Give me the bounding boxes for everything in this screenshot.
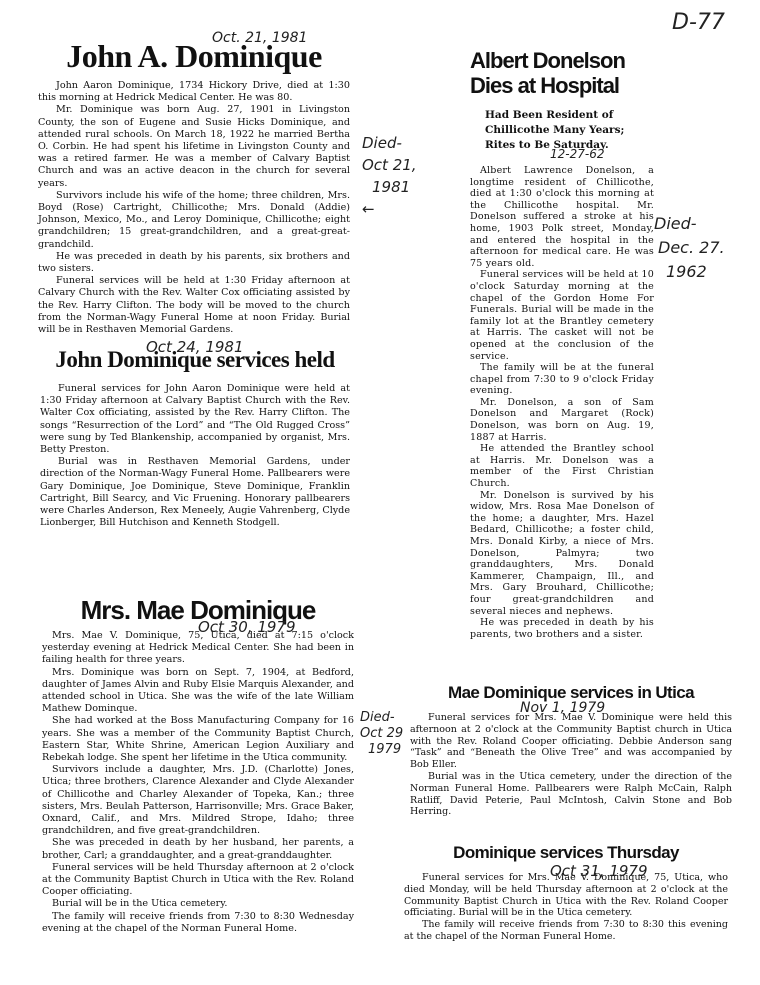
article-body: Mrs. Mae V. Dominique, 75, Utica, died a… (42, 630, 354, 935)
handwritten-date: Oct 24, 1981 (146, 338, 244, 356)
handwritten-date: Oct 31, 1979 (550, 862, 648, 880)
paragraph: Burial was in Resthaven Memorial Gardens… (40, 456, 350, 529)
article-body: Funeral services for John Aaron Dominiqu… (40, 383, 350, 529)
paragraph: Funeral services for Mrs. Mae V. Dominiq… (410, 712, 732, 771)
paragraph: John Aaron Dominique, 1734 Hickory Drive… (38, 80, 350, 104)
paragraph: Funeral services will be held at 1:30 Fr… (38, 275, 350, 336)
paragraph: The family will receive friends from 7:3… (42, 911, 354, 935)
margin-note-line: Died- (362, 132, 417, 154)
margin-note-line: 1979 (360, 742, 403, 758)
clipping-albert-obituary: Albert Donelson Dies at Hospital Had Bee… (470, 48, 654, 640)
paragraph: He was preceded in death by his parents,… (470, 617, 654, 640)
paragraph: He attended the Brantley school at Harri… (470, 443, 654, 489)
margin-note-line: Dec. 27. (654, 236, 725, 260)
handwritten-date: Nov 1, 1979 (520, 700, 605, 716)
subheadline-line: Chillicothe Many Years; (485, 123, 654, 138)
arrow-icon: ← (362, 198, 417, 220)
paragraph: She was preceded in death by her husband… (42, 837, 354, 861)
clipping-john-services: John Dominique services held Funeral ser… (40, 345, 350, 529)
headline-line: Dies at Hospital (470, 73, 654, 98)
paragraph: Funeral services will be held at 10 o'cl… (470, 269, 654, 362)
paragraph: She had worked at the Boss Manufacturing… (42, 715, 354, 764)
headline: Dominique services Thursday (404, 842, 728, 864)
margin-note-line: 1962 (654, 260, 725, 284)
article-body: Albert Lawrence Donelson, a longtime res… (470, 165, 654, 640)
article-body: John Aaron Dominique, 1734 Hickory Drive… (38, 80, 350, 336)
article-body: Funeral services for Mrs. Mae V. Dominiq… (404, 872, 728, 943)
headline: Albert Donelson Dies at Hospital (470, 48, 654, 98)
paragraph: The family will receive friends from 7:3… (404, 919, 728, 943)
margin-note: Died- Dec. 27. 1962 (654, 212, 725, 284)
article-body: Funeral services for Mrs. Mae V. Dominiq… (410, 712, 732, 818)
paragraph: Funeral services will be held Thursday a… (42, 862, 354, 899)
handwritten-date: Oct. 21, 1981 (212, 30, 307, 46)
margin-note: Died- Oct 21, 1981 ← (362, 132, 417, 220)
paragraph: Mrs. Dominique was born on Sept. 7, 1904… (42, 667, 354, 716)
subheadline-line: Had Been Resident of (485, 108, 654, 123)
paragraph: He was preceded in death by his parents,… (38, 251, 350, 275)
page-label: D-77 (672, 10, 725, 35)
clipping-mae-services-thursday: Dominique services Thursday Funeral serv… (404, 842, 728, 943)
paragraph: Funeral services for John Aaron Dominiqu… (40, 383, 350, 456)
margin-note-line: Died- (360, 710, 403, 726)
paragraph: Burial will be in the Utica cemetery. (42, 898, 354, 910)
paragraph: Survivors include his wife of the home; … (38, 190, 350, 251)
margin-note-line: 1981 (362, 176, 417, 198)
paragraph: Mr. Dominique was born Aug. 27, 1901 in … (38, 104, 350, 189)
clipping-john-obituary: John A. Dominique John Aaron Dominique, … (38, 36, 350, 336)
headline-line: Albert Donelson (470, 48, 654, 73)
margin-note-line: Oct 29 (360, 726, 403, 742)
clipping-mae-obituary: Mrs. Mae Dominique Mrs. Mae V. Dominique… (42, 596, 354, 935)
handwritten-date: 12-27-62 (550, 147, 604, 161)
paragraph: Burial was in the Utica cemetery, under … (410, 771, 732, 818)
handwritten-date: Oct 30, 1979 (198, 618, 296, 636)
paragraph: Mr. Donelson is survived by his widow, M… (470, 490, 654, 618)
paragraph: Albert Lawrence Donelson, a longtime res… (470, 165, 654, 269)
margin-note: Died- Oct 29 1979 (360, 710, 403, 758)
margin-note-line: Oct 21, (362, 154, 417, 176)
paragraph: The family will be at the funeral chapel… (470, 362, 654, 397)
paragraph: Mr. Donelson, a son of Sam Donelson and … (470, 397, 654, 443)
paragraph: Survivors include a daughter, Mrs. J.D. … (42, 764, 354, 837)
margin-note-line: Died- (654, 212, 725, 236)
